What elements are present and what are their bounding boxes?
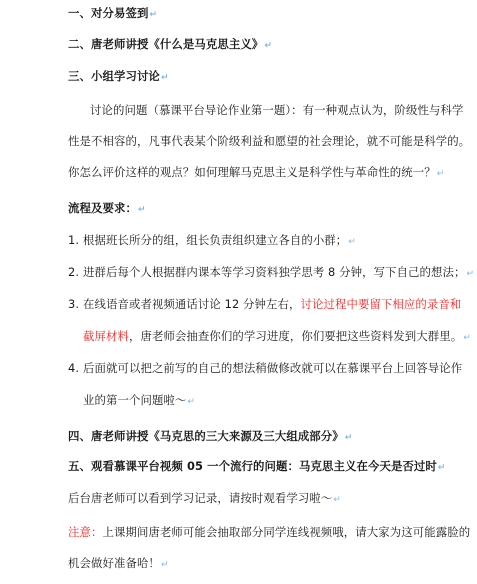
paragraph-mark-icon: ↵ (345, 433, 353, 443)
paragraph-mark-icon: ↵ (264, 41, 272, 51)
after-video-note: 后台唐老师可以看到学习记录，请按时观看学习啦～↵ (68, 490, 341, 508)
step-3-line-2: 截屏材料，唐老师会抽查你们的学习进度，你们要把这些资料发到大群里。↵ (68, 328, 471, 346)
paragraph-mark-icon: ↵ (463, 333, 471, 343)
highlight-text: 截屏材料 (83, 329, 129, 343)
step-2: 2.进群后每个人根据群内课本等学习资料独学思考 8 分钟，写下自己的想法；↵ (68, 264, 474, 282)
discussion-line-3: 你怎么评价这样的观点？如何理解马克思主义是科学性与革命性的统一？↵ (68, 164, 444, 182)
highlight-text: 讨论过程中要留下相应的录音和 (300, 297, 461, 311)
discussion-line-2: 性是不相容的，凡事代表某个阶级利益和愿望的社会理论，就不可能是科学的。 (68, 133, 470, 149)
section-heading-5: 五、观看慕课平台视频 05 一个流行的问题：马克思主义在今天是否过时↵ (68, 458, 446, 476)
paragraph-mark-icon: ↵ (333, 495, 341, 505)
section-heading-3: 三、小组学习讨论↵ (68, 68, 169, 86)
paragraph-mark-icon: ↵ (467, 269, 475, 279)
paragraph-mark-icon: ↵ (161, 560, 169, 570)
section-heading-1: 一、对分易签到↵ (68, 5, 157, 23)
process-heading: 流程及要求：↵ (68, 200, 146, 218)
paragraph-mark-icon: ↵ (187, 397, 195, 407)
section-heading-4: 四、唐老师讲授《马克思的三大来源及三大组成部分》↵ (68, 428, 352, 446)
paragraph-mark-icon: ↵ (138, 205, 146, 215)
paragraph-mark-icon: ↵ (438, 463, 446, 473)
paragraph-mark-icon: ↵ (149, 10, 157, 20)
notice-line-2: 机会做好准备哈！↵ (68, 555, 169, 573)
step-4-line-2: 业的第一个问题啦～↵ (68, 392, 195, 410)
step-number: 2. (68, 264, 83, 280)
step-number: 3. (68, 296, 83, 312)
step-number: 1. (68, 232, 83, 248)
paragraph-mark-icon: ↵ (348, 237, 356, 247)
step-number: 4. (68, 360, 83, 376)
step-1: 1.根据班长所分的组，组长负责组织建立各自的小群；↵ (68, 232, 356, 250)
step-3-line-1: 3.在线语音或者视频通话讨论 12 分钟左右，讨论过程中要留下相应的录音和 (68, 296, 461, 312)
notice-line-1: 注意：上课期间唐老师可能会抽取部分同学连线视频哦，请大家为这可能露脸的 (68, 524, 470, 540)
discussion-line-1: 讨论的问题（慕课平台导论作业第一题）：有一种观点认为，阶级性与科学 (90, 102, 464, 118)
step-4-line-1: 4.后面就可以把之前写的自己的想法稍做修改就可以在慕课平台上回答导论作 (68, 360, 462, 376)
notice-label: 注意： (68, 525, 102, 539)
paragraph-mark-icon: ↵ (161, 73, 169, 83)
paragraph-mark-icon: ↵ (437, 169, 445, 179)
section-heading-2: 二、唐老师讲授《什么是马克思主义》↵ (68, 36, 272, 54)
